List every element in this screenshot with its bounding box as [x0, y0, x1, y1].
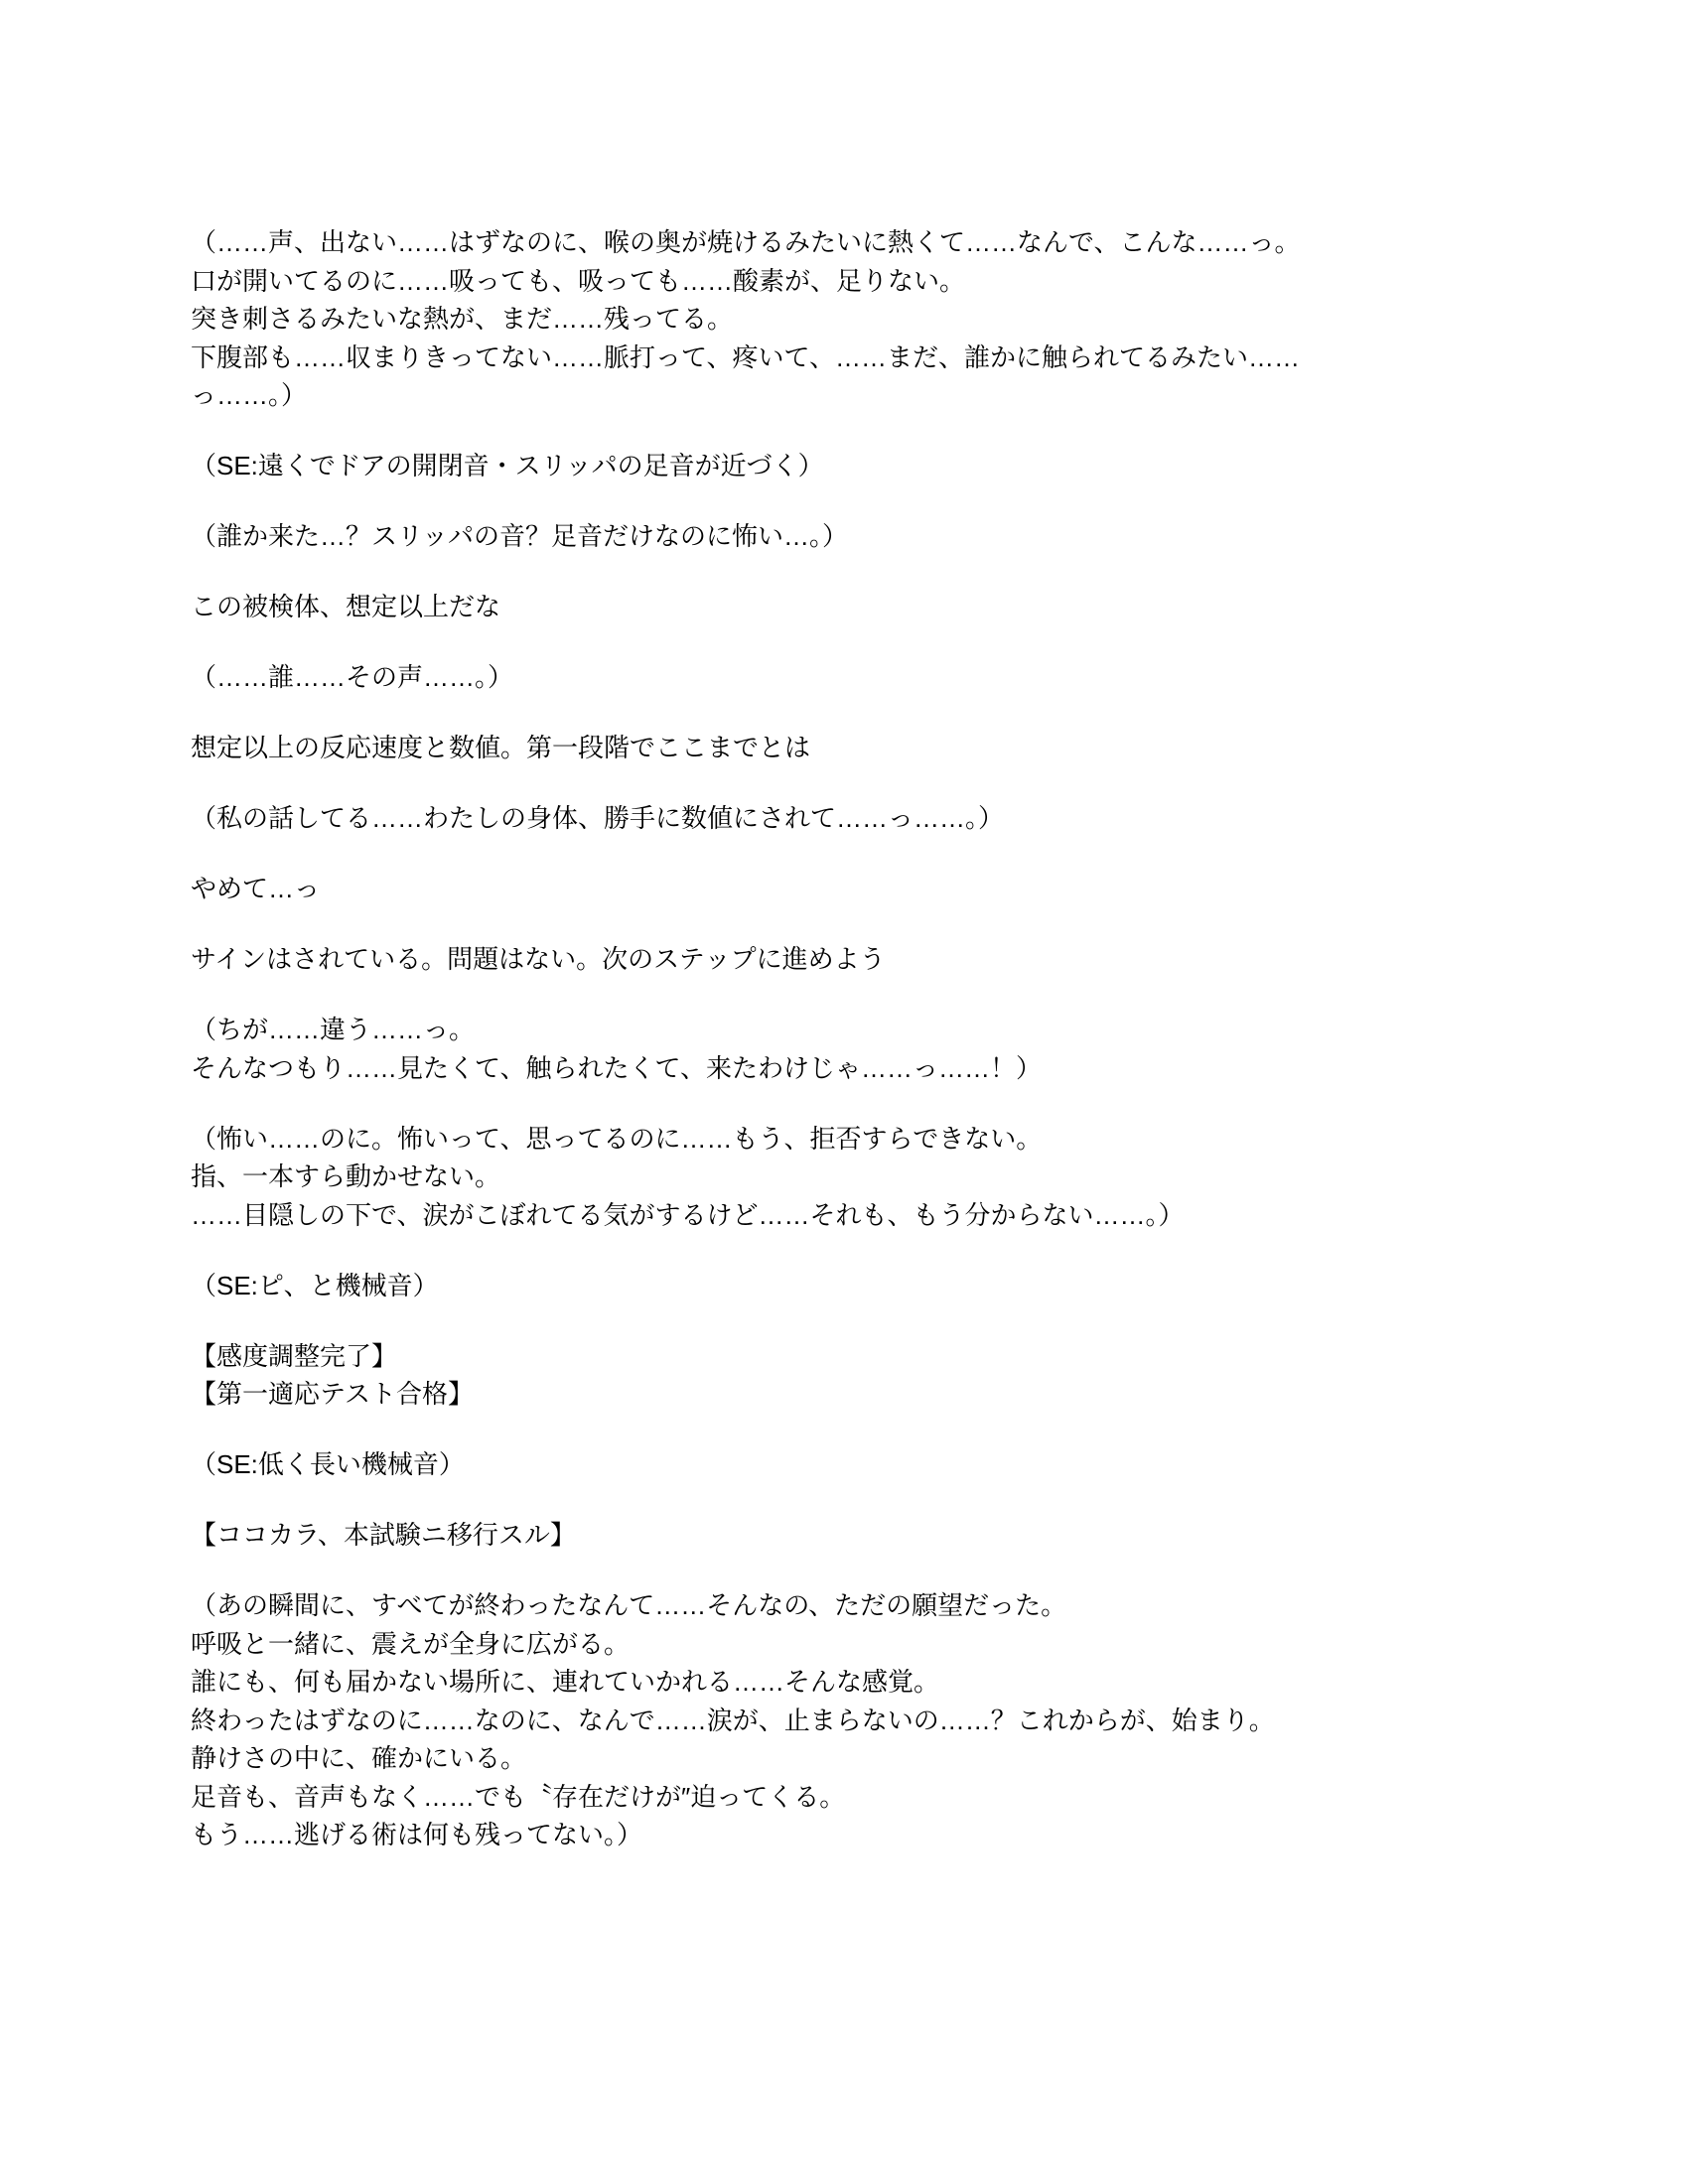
text-line: （……声、出ない……はずなのに、喉の奥が焼けるみたいに熱くて……なんで、こんな…… — [191, 223, 1541, 262]
text-line: （あの瞬間に、すべてが終わったなんて……そんなの、ただの願望だった。 — [191, 1586, 1541, 1625]
text-line: そんなつもり……見たくて、触られたくて、来たわけじゃ……っ……！） — [191, 1049, 1541, 1088]
text-line: っ……。） — [191, 376, 1541, 415]
text-line: （怖い……のに。怖いって、思ってるのに……もう、拒否すらできない。 — [191, 1120, 1541, 1159]
text-line: （ちが……違う……っ。 — [191, 1011, 1541, 1049]
text-line: ……目隠しの下で、涙がこぼれてる気がするけど……それも、もう分からない……。） — [191, 1196, 1541, 1235]
text-line: やめて…っ — [191, 870, 1541, 908]
text-line: 【感度調整完了】 — [191, 1337, 1541, 1376]
paragraph: （怖い……のに。怖いって、思ってるのに……もう、拒否すらできない。指、一本すら動… — [191, 1120, 1541, 1235]
paragraph: 【ココカラ、本試験ニ移行スル】 — [191, 1516, 1541, 1555]
paragraph: （……誰……その声……。） — [191, 658, 1541, 697]
paragraph: サインはされている。問題はない。次のステップに進めよう — [191, 940, 1541, 979]
paragraph: （私の話してる……わたしの身体、勝手に数値にされて……っ……。） — [191, 799, 1541, 838]
text-line: サインはされている。問題はない。次のステップに進めよう — [191, 940, 1541, 979]
text-line: この被検体、想定以上だな — [191, 588, 1541, 626]
paragraph: やめて…っ — [191, 870, 1541, 908]
paragraph: （誰か来た…？スリッパの音？足音だけなのに怖い…。） — [191, 517, 1541, 556]
text-line: 呼吸と一緒に、震えが全身に広がる。 — [191, 1625, 1541, 1664]
text-line: 終わったはずなのに……なのに、なんで……涙が、止まらないの……？これからが、始ま… — [191, 1702, 1541, 1740]
paragraph: （SE:遠くでドアの開閉音・スリッパの足音が近づく） — [191, 447, 1541, 485]
text-line: 【ココカラ、本試験ニ移行スル】 — [191, 1516, 1541, 1555]
paragraph: 想定以上の反応速度と数値。第一段階でここまでとは — [191, 729, 1541, 767]
text-line: もう……逃げる術は何も残ってない。） — [191, 1816, 1541, 1854]
text-line: 口が開いてるのに……吸っても、吸っても……酸素が、足りない。 — [191, 262, 1541, 301]
text-line: 指、一本すら動かせない。 — [191, 1158, 1541, 1196]
paragraph: （SE:ピ、と機械音） — [191, 1267, 1541, 1305]
text-line: 誰にも、何も届かない場所に、連れていかれる……そんな感覚。 — [191, 1663, 1541, 1702]
text-line: （誰か来た…？スリッパの音？足音だけなのに怖い…。） — [191, 517, 1541, 556]
text-line: （……誰……その声……。） — [191, 658, 1541, 697]
text-line: 静けさの中に、確かにいる。 — [191, 1739, 1541, 1778]
text-line: 想定以上の反応速度と数値。第一段階でここまでとは — [191, 729, 1541, 767]
text-line: （SE:遠くでドアの開閉音・スリッパの足音が近づく） — [191, 447, 1541, 485]
paragraph: （SE:低く長い機械音） — [191, 1445, 1541, 1484]
text-line: （私の話してる……わたしの身体、勝手に数値にされて……っ……。） — [191, 799, 1541, 838]
text-line: 突き刺さるみたいな熱が、まだ……残ってる。 — [191, 300, 1541, 339]
text-line: 足音も、音声もなく……でも〝存在だけが″迫ってくる。 — [191, 1778, 1541, 1817]
paragraph: 【感度調整完了】【第一適応テスト合格】 — [191, 1337, 1541, 1414]
paragraph: （……声、出ない……はずなのに、喉の奥が焼けるみたいに熱くて……なんで、こんな…… — [191, 223, 1541, 415]
text-line: 【第一適応テスト合格】 — [191, 1375, 1541, 1414]
paragraph: （ちが……違う……っ。そんなつもり……見たくて、触られたくて、来たわけじゃ……っ… — [191, 1011, 1541, 1087]
text-line: （SE:ピ、と機械音） — [191, 1267, 1541, 1305]
document-page: （……声、出ない……はずなのに、喉の奥が焼けるみたいに熱くて……なんで、こんな…… — [0, 0, 1688, 2184]
paragraph: この被検体、想定以上だな — [191, 588, 1541, 626]
document-body: （……声、出ない……はずなのに、喉の奥が焼けるみたいに熱くて……なんで、こんな…… — [191, 223, 1541, 1886]
paragraph: （あの瞬間に、すべてが終わったなんて……そんなの、ただの願望だった。呼吸と一緒に… — [191, 1586, 1541, 1854]
text-line: （SE:低く長い機械音） — [191, 1445, 1541, 1484]
text-line: 下腹部も……収まりきってない……脈打って、疼いて、……まだ、誰かに触られてるみた… — [191, 339, 1541, 377]
